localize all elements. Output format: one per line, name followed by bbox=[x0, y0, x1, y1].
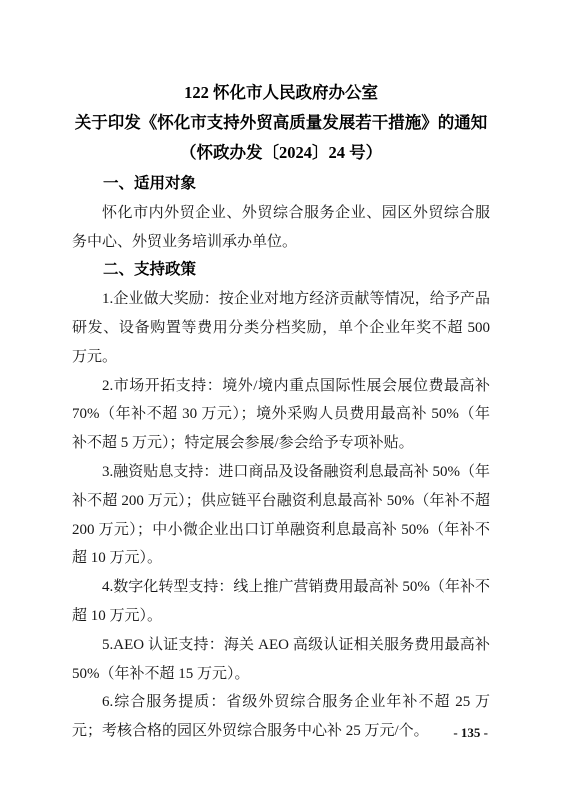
title-line-2: 关于印发《怀化市支持外贸高质量发展若干措施》的通知 bbox=[72, 108, 490, 138]
paragraph-policy-1: 1.企业做大奖励：按企业对地方经济贡献等情况，给予产品研发、设备购置等费用分类分… bbox=[72, 285, 490, 371]
paragraph-policy-4: 4.数字化转型支持：线上推广营销费用最高补 50%（年补不超 10 万元）。 bbox=[72, 573, 490, 631]
section-heading-applicable-targets: 一、适用对象 bbox=[72, 170, 490, 199]
page-footer: - 135 - bbox=[453, 726, 488, 739]
title-line-3: （怀政办发〔2024〕24 号） bbox=[72, 138, 490, 168]
document-page: 122 怀化市人民政府办公室 关于印发《怀化市支持外贸高质量发展若干措施》的通知… bbox=[0, 0, 561, 793]
paragraph-policy-3: 3.融资贴息支持：进口商品及设备融资利息最高补 50%（年补不超 200 万元）… bbox=[72, 458, 490, 573]
paragraph-policy-5: 5.AEO 认证支持：海关 AEO 高级认证相关服务费用最高补 50%（年补不超… bbox=[72, 631, 490, 689]
paragraph-applicable-targets: 怀化市内外贸企业、外贸综合服务企业、园区外贸综合服务中心、外贸业务培训承办单位。 bbox=[72, 199, 490, 257]
document-title: 122 怀化市人民政府办公室 关于印发《怀化市支持外贸高质量发展若干措施》的通知… bbox=[72, 78, 490, 168]
document-body: 一、适用对象 怀化市内外贸企业、外贸综合服务企业、园区外贸综合服务中心、外贸业务… bbox=[72, 170, 490, 746]
paragraph-policy-2: 2.市场开拓支持：境外/境内重点国际性展会展位费最高补 70%（年补不超 30 … bbox=[72, 372, 490, 458]
title-line-1: 122 怀化市人民政府办公室 bbox=[72, 78, 490, 108]
paragraph-policy-6: 6.综合服务提质：省级外贸综合服务企业年补不超 25 万元；考核合格的园区外贸综… bbox=[72, 688, 490, 746]
section-heading-support-policies: 二、支持政策 bbox=[72, 256, 490, 285]
page-number: - 135 - bbox=[453, 725, 488, 740]
